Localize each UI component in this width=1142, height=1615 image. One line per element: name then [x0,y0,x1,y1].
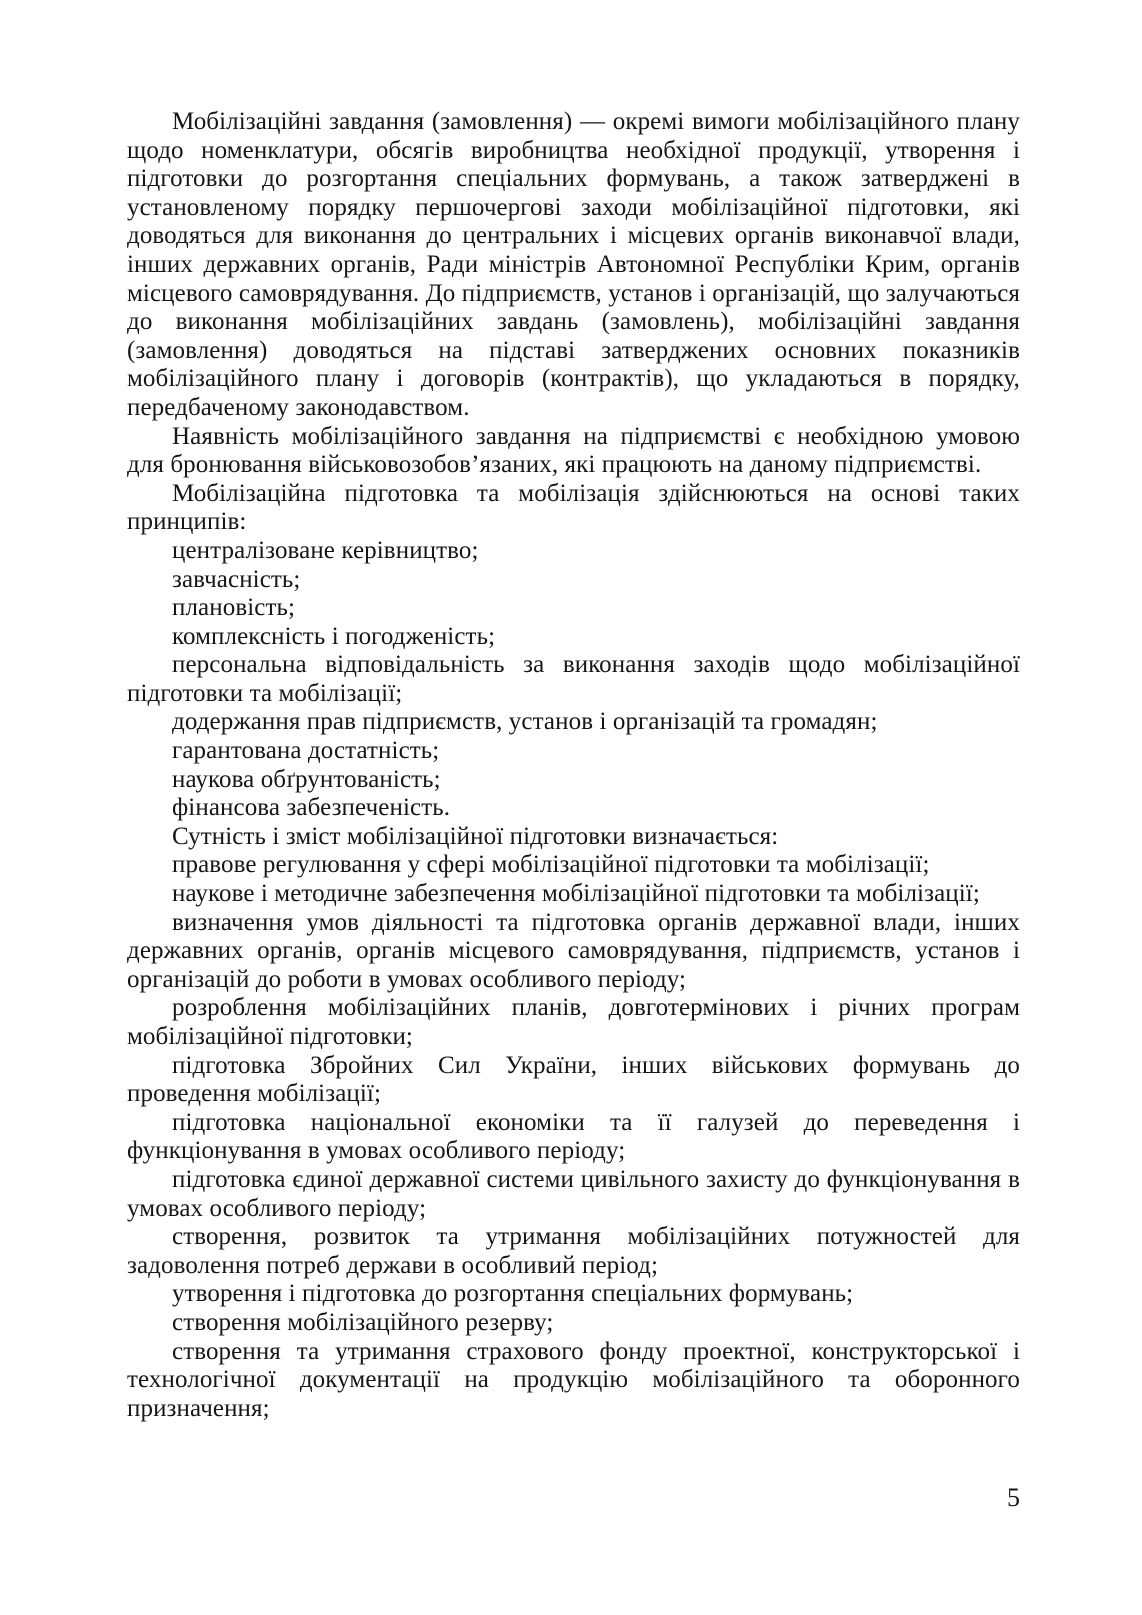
list-item-paragraph: персональна відповідальність за виконанн… [127,651,1020,708]
list-item-paragraph: завчасність; [127,566,1020,595]
list-item-paragraph: підготовка Збройних Сил України, інших в… [127,1052,1020,1109]
list-item-paragraph: централізоване керівництво; [127,537,1020,566]
paragraph: Сутність і зміст мобілізаційної підготов… [127,823,1020,852]
list-item-paragraph: гарантована достатність; [127,737,1020,766]
list-item-paragraph: наукове і методичне забезпечення мобіліз… [127,880,1020,909]
list-item-paragraph: правове регулювання у сфері мобілізаційн… [127,851,1020,880]
list-item-paragraph: додержання прав підприємств, установ і о… [127,708,1020,737]
list-item-paragraph: створення та утримання страхового фонду … [127,1338,1020,1424]
document-page: Мобілізаційні завдання (замовлення) — ок… [0,0,1142,1615]
paragraph: Наявність мобілізаційного завдання на пі… [127,423,1020,480]
list-item-paragraph: створення мобілізаційного резерву; [127,1309,1020,1338]
list-item-paragraph: утворення і підготовка до розгортання сп… [127,1280,1020,1309]
list-item-paragraph: плановість; [127,594,1020,623]
list-item-paragraph: визначення умов діяльності та підготовка… [127,909,1020,995]
list-item-paragraph: підготовка єдиної державної системи циві… [127,1166,1020,1223]
page-number: 5 [127,1483,1020,1513]
list-item-paragraph: створення, розвиток та утримання мобіліз… [127,1223,1020,1280]
list-item-paragraph: підготовка національної економіки та її … [127,1109,1020,1166]
page-text-block: Мобілізаційні завдання (замовлення) — ок… [127,108,1020,1423]
paragraph: Мобілізаційні завдання (замовлення) — ок… [127,108,1020,423]
list-item-paragraph: наукова обґрунтованість; [127,766,1020,795]
list-item-paragraph: комплексність і погодженість; [127,623,1020,652]
list-item-paragraph: розроблення мобілізаційних планів, довго… [127,994,1020,1051]
list-item-paragraph: фінансова забезпеченість. [127,794,1020,823]
paragraph: Мобілізаційна підготовка та мобілізація … [127,480,1020,537]
